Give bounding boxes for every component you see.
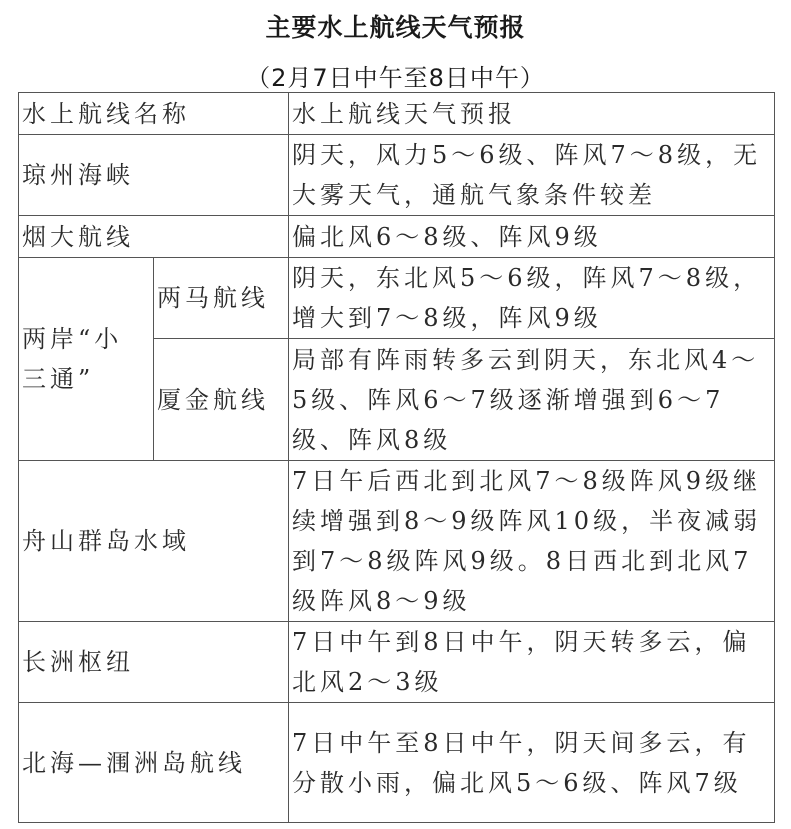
route-name: 两马航线 (154, 258, 289, 339)
table-row: 烟大航线 偏北风6～8级、阵风9级 (19, 216, 775, 258)
route-name: 厦金航线 (154, 339, 289, 461)
route-group-name: 两岸“小三通” (19, 258, 154, 461)
table-row: 两岸“小三通” 两马航线 阴天，东北风5～6级，阵风7～8级，增大到7～8级，阵… (19, 258, 775, 339)
route-forecast: 阴天，东北风5～6级，阵风7～8级，增大到7～8级，阵风9级 (289, 258, 775, 339)
route-forecast: 7日中午至8日中午，阴天间多云，有分散小雨，偏北风5～6级、阵风7级 (289, 703, 775, 823)
route-forecast: 局部有阵雨转多云到阴天，东北风4～5级、阵风6～7级逐渐增强到6～7级、阵风8级 (289, 339, 775, 461)
table-header-row: 水上航线名称 水上航线天气预报 (19, 93, 775, 135)
table-row: 长洲枢纽 7日中午到8日中午，阴天转多云，偏北风2～3级 (19, 622, 775, 703)
route-forecast: 阴天，风力5～6级、阵风7～8级，无大雾天气，通航气象条件较差 (289, 135, 775, 216)
route-forecast: 7日中午到8日中午，阴天转多云，偏北风2～3级 (289, 622, 775, 703)
route-name: 舟山群岛水域 (19, 461, 289, 622)
forecast-table: 水上航线名称 水上航线天气预报 琼州海峡 阴天，风力5～6级、阵风7～8级，无大… (18, 92, 775, 823)
route-forecast: 偏北风6～8级、阵风9级 (289, 216, 775, 258)
header-forecast: 水上航线天气预报 (289, 93, 775, 135)
route-name: 北海—涠洲岛航线 (19, 703, 289, 823)
header-route-name: 水上航线名称 (19, 93, 289, 135)
route-forecast: 7日午后西北到北风7～8级阵风9级继续增强到8～9级阵风10级，半夜减弱到7～8… (289, 461, 775, 622)
table-row: 舟山群岛水域 7日午后西北到北风7～8级阵风9级继续增强到8～9级阵风10级，半… (19, 461, 775, 622)
route-name: 琼州海峡 (19, 135, 289, 216)
route-name: 长洲枢纽 (19, 622, 289, 703)
route-name: 烟大航线 (19, 216, 289, 258)
table-row: 琼州海峡 阴天，风力5～6级、阵风7～8级，无大雾天气，通航气象条件较差 (19, 135, 775, 216)
document-subtitle: （2月7日中午至8日中午） (0, 58, 791, 93)
document-title: 主要水上航线天气预报 (0, 8, 791, 44)
table-row: 北海—涠洲岛航线 7日中午至8日中午，阴天间多云，有分散小雨，偏北风5～6级、阵… (19, 703, 775, 823)
